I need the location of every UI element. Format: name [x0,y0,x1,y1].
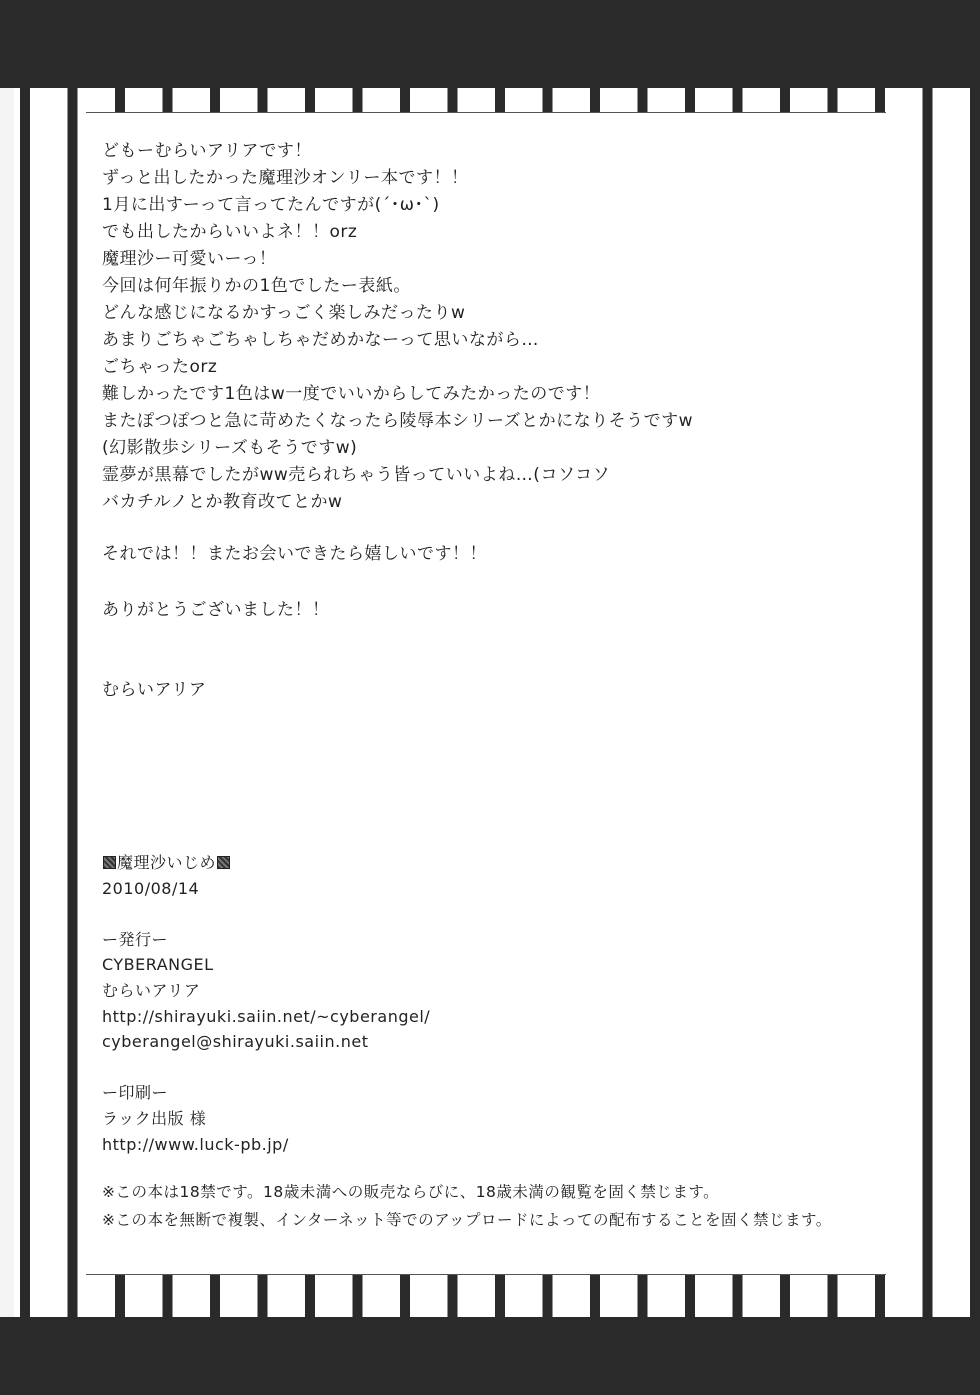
hatched-square-icon [103,856,116,869]
message-line: 今回は何年振りかの1色でしたー表紙。 [102,273,693,300]
message-line: でも出したからいいよネ！！orz [102,219,693,246]
copy-restriction-note: ※この本を無断で複製、インターネット等でのアップロードによっての配布することを固… [102,1206,832,1234]
signature: むらいアリア [102,677,206,704]
message-line: バカチルノとか教育改てとかw [102,489,693,516]
message-line: ごちゃったorz [102,354,693,381]
book-title: 魔理沙いじめ [117,853,216,872]
thanks-line: ありがとうございました！！ [102,597,330,624]
spacer [102,1055,430,1081]
printer-heading: ー印刷ー [102,1080,430,1106]
message-line: (幻影散歩シリーズもそうですw) [102,435,693,462]
message-line: またぽつぽつと急に苛めたくなったら陵辱本シリーズとかになりそうですw [102,408,693,435]
top-dark-band [0,0,980,88]
colophon: 魔理沙いじめ 2010/08/14 ー発行ー CYBERANGEL むらいアリア… [102,850,430,1157]
age-restriction-note: ※この本は18禁です。18歳未満への販売ならびに、18歳未満の観覧を固く禁じます… [102,1178,832,1206]
message-line: どんな感じになるかすっごく楽しみだったりw [102,300,693,327]
message-line: ずっと出したかった魔理沙オンリー本です！！ [102,165,693,192]
message-line: あまりごちゃごちゃしちゃだめかなーって思いながら… [102,327,693,354]
printer-link[interactable]: http://www.luck-pb.jp/ [102,1132,430,1158]
afterword-message: どもーむらいアリアです！ ずっと出したかった魔理沙オンリー本です！！ 1月に出す… [102,138,693,516]
bottom-dark-band [0,1317,980,1395]
email-link[interactable]: cyberangel@shirayuki.saiin.net [102,1029,430,1055]
publisher-heading: ー発行ー [102,927,430,953]
message-line: 1月に出すーって言ってたんですが(´･ω･`) [102,192,693,219]
message-line: 難しかったです1色はw一度でいいからしてみたかったのです！ [102,381,693,408]
circle-name: CYBERANGEL [102,952,430,978]
message-line: 霊夢が黒幕でしたがww売られちゃう皆っていいよね…(コソコソ [102,462,693,489]
message-line: どもーむらいアリアです！ [102,138,693,165]
book-title-row: 魔理沙いじめ [102,850,430,876]
website-link[interactable]: http://shirayuki.saiin.net/~cyberangel/ [102,1004,430,1030]
printer-name: ラック出版 様 [102,1106,430,1132]
page-edge [0,88,14,1317]
legal-notes: ※この本は18禁です。18歳未満への販売ならびに、18歳未満の観覧を固く禁じます… [102,1178,832,1234]
publish-date: 2010/08/14 [102,876,430,902]
hatched-square-icon [217,856,230,869]
spacer [102,901,430,927]
closing-line: それでは！！またお会いできたら嬉しいです！！ [102,541,487,568]
author-name: むらいアリア [102,978,430,1004]
message-line: 魔理沙ー可愛いーっ！ [102,246,693,273]
